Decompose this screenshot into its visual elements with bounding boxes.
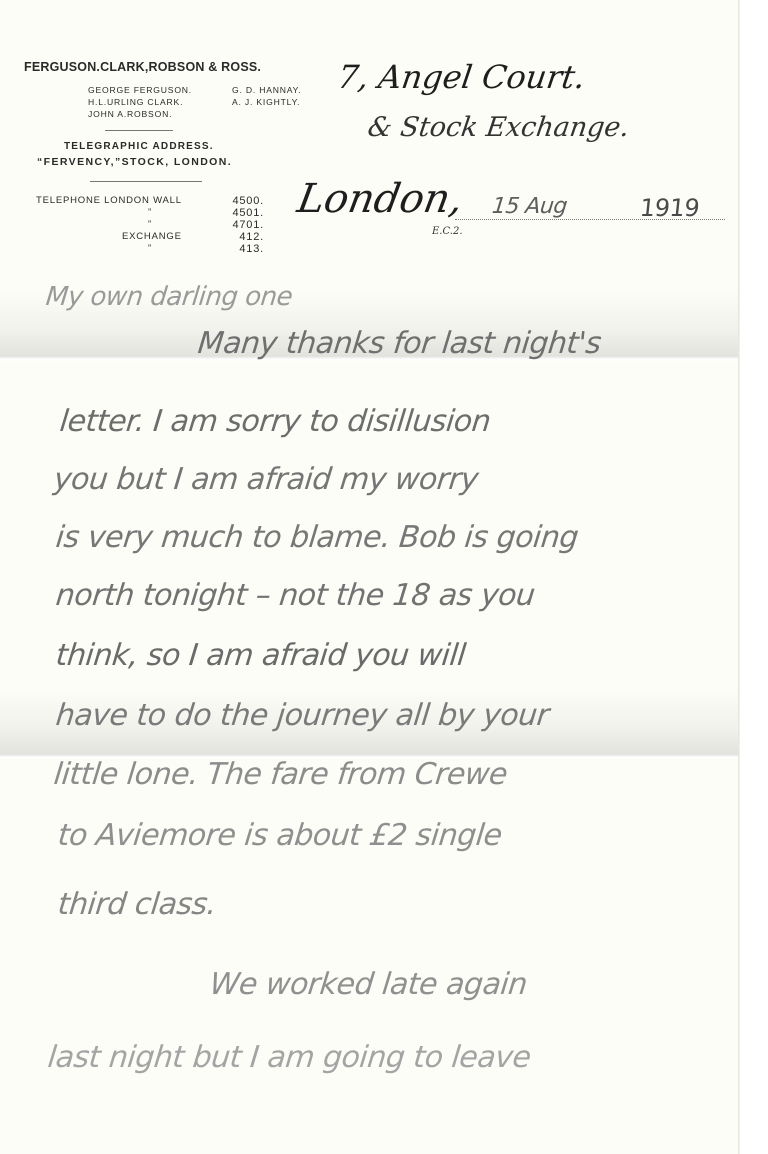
partner-name: A. J. KIGHTLY. bbox=[232, 96, 301, 108]
telephone-row: ” 4701. bbox=[36, 219, 264, 231]
letter-line: you but I am afraid my worry bbox=[52, 462, 480, 497]
telephone-row: ” 4501. bbox=[36, 207, 264, 219]
telephone-row: EXCHANGE 412. bbox=[36, 231, 264, 243]
partners-list-right: G. D. HANNAY. A. J. KIGHTLY. bbox=[232, 84, 301, 108]
letter-line: third class. bbox=[56, 887, 218, 922]
telephone-number: 4501. bbox=[224, 207, 264, 219]
telephone-label: ” bbox=[36, 219, 224, 231]
telephone-label: ” bbox=[36, 207, 224, 219]
divider bbox=[90, 181, 202, 182]
letter-line: think, so I am afraid you will bbox=[54, 638, 467, 673]
address-line-2: & Stock Exchange. bbox=[366, 112, 631, 143]
letter-page: FERGUSON.CLARK,ROBSON & ROSS. GEORGE FER… bbox=[0, 0, 738, 1154]
letter-line: to Aviemore is about £2 single bbox=[56, 818, 503, 853]
telephone-number: 413. bbox=[224, 243, 264, 255]
divider bbox=[105, 130, 173, 131]
telephone-number: 412. bbox=[224, 231, 264, 243]
firm-name: FERGUSON.CLARK,ROBSON & ROSS. bbox=[24, 60, 261, 74]
telephone-label: TELEPHONE LONDON WALL bbox=[36, 195, 224, 207]
telegraphic-address: “FERVENCY,”STOCK, LONDON. bbox=[37, 156, 232, 168]
salutation: My own darling one bbox=[44, 282, 293, 312]
partner-name: JOHN A.ROBSON. bbox=[88, 108, 192, 120]
letter-line: have to do the journey all by your bbox=[54, 698, 550, 733]
telephone-row: ” 413. bbox=[36, 243, 264, 255]
letter-line: letter. I am sorry to disillusion bbox=[58, 404, 492, 439]
telephone-label: ” bbox=[36, 243, 224, 255]
address-line-1: 7, Angel Court. bbox=[335, 58, 587, 96]
postal-district: E.C.2. bbox=[432, 226, 463, 237]
letter-line: Many thanks for last night's bbox=[196, 326, 602, 361]
city: London, bbox=[294, 176, 467, 222]
partner-name: H.L.URLING CLARK. bbox=[88, 96, 192, 108]
telegraphic-heading: TELEGRAPHIC ADDRESS. bbox=[64, 141, 214, 152]
date-year: 1919 bbox=[639, 194, 701, 222]
date-day-month: 15 Aug bbox=[491, 194, 569, 219]
letter-line: last night but I am going to leave bbox=[46, 1040, 532, 1075]
partners-list-left: GEORGE FERGUSON. H.L.URLING CLARK. JOHN … bbox=[88, 84, 192, 120]
telephone-label: EXCHANGE bbox=[36, 231, 224, 243]
partner-name: G. D. HANNAY. bbox=[232, 84, 301, 96]
telephone-row: TELEPHONE LONDON WALL 4500. bbox=[36, 195, 264, 207]
letter-line: is very much to blame. Bob is going bbox=[54, 520, 580, 555]
telephone-number: 4701. bbox=[224, 219, 264, 231]
partner-name: GEORGE FERGUSON. bbox=[88, 84, 192, 96]
telephone-block: TELEPHONE LONDON WALL 4500. ” 4501. ” 47… bbox=[36, 195, 264, 255]
telephone-number: 4500. bbox=[224, 195, 264, 207]
letter-line: little lone. The fare from Crewe bbox=[52, 757, 509, 792]
letter-line: north tonight – not the 18 as you bbox=[54, 578, 536, 613]
letter-line: We worked late again bbox=[208, 967, 529, 1002]
